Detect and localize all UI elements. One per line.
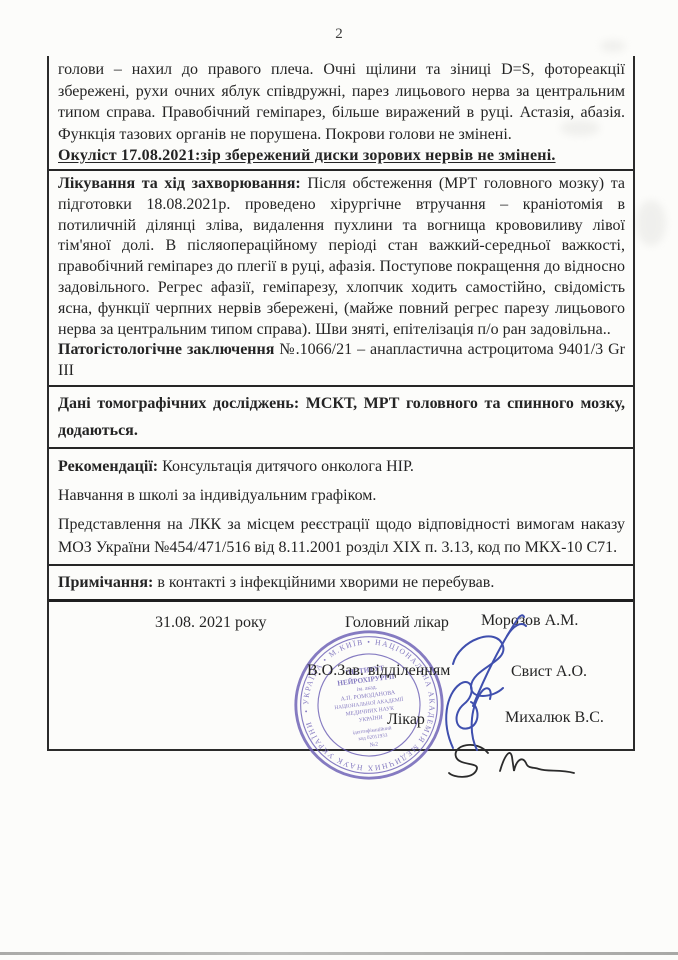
tomography-text: Дані томографічних досліджень: МСКТ, МРТ… xyxy=(58,390,625,444)
recommendation-item: Представлення на ЛКК за місцем реєстраці… xyxy=(58,513,625,559)
row-exam: голови – нахил до правого плеча. Очні щі… xyxy=(49,56,633,171)
document-table: голови – нахил до правого плеча. Очні щі… xyxy=(47,56,635,751)
row-tomography: Дані томографічних досліджень: МСКТ, МРТ… xyxy=(49,387,633,449)
handwritten-signature-icon xyxy=(442,733,582,788)
row-treatment: Лікування та хід захворювання: Після обс… xyxy=(49,171,633,387)
signature-name: Морозов А.М. xyxy=(481,612,578,630)
signature-role: Головний лікар xyxy=(345,614,449,632)
page-number: 2 xyxy=(0,26,678,43)
scan-edge-line xyxy=(0,952,678,955)
round-stamp-icon: • УКРАЇНА • М.КИЇВ • НАЦІОНАЛЬНА АКАДЕМІ… xyxy=(283,619,455,791)
smudge xyxy=(600,40,626,52)
smudge xyxy=(636,200,666,246)
pathology-paragraph: Патогістологічне заключення №.1066/21 – … xyxy=(58,340,625,382)
row-notes: Примічання: в контакті з інфекційними хв… xyxy=(49,566,633,602)
notes-paragraph: Примічання: в контакті з інфекційними хв… xyxy=(58,572,625,593)
signature-role: В.О.Зав. відділенням xyxy=(307,662,450,680)
treatment-label: Лікування та хід захворювання: xyxy=(58,175,301,192)
signature-name: Михалюк В.С. xyxy=(505,709,604,727)
recommendation-item: Рекомендації: Консультація дитячого онко… xyxy=(58,455,625,478)
oculist-line: Окуліст 17.08.2021:зір збережений диски … xyxy=(58,145,625,166)
stamp-line: №2 xyxy=(369,742,378,749)
signature-role: Лікар xyxy=(387,711,425,729)
notes-label: Примічання: xyxy=(58,574,153,591)
pathology-label: Патогістологічне заключення xyxy=(58,341,274,358)
recommendations-label: Рекомендації: xyxy=(58,458,158,475)
recommendation-item: Навчання в школі за індивідуальним графі… xyxy=(58,484,625,507)
page: 2 голови – нахил до правого плеча. Очні … xyxy=(0,0,678,960)
row-recommendations: Рекомендації: Консультація дитячого онко… xyxy=(49,449,633,566)
signature-date: 31.08. 2021 року xyxy=(155,614,267,632)
exam-paragraph: голови – нахил до правого плеча. Очні щі… xyxy=(58,59,625,145)
notes-text: в контакті з інфекційними хворими не пер… xyxy=(153,574,494,591)
treatment-text: Після обстеження (МРТ головного мозку) т… xyxy=(58,175,625,338)
treatment-paragraph: Лікування та хід захворювання: Після обс… xyxy=(58,174,625,340)
signature-name: Свист А.О. xyxy=(511,663,587,681)
recommendation-text: Консультація дитячого онколога НІР. xyxy=(158,458,414,475)
row-signatures: 31.08. 2021 року Головний лікар Морозов … xyxy=(49,602,633,751)
